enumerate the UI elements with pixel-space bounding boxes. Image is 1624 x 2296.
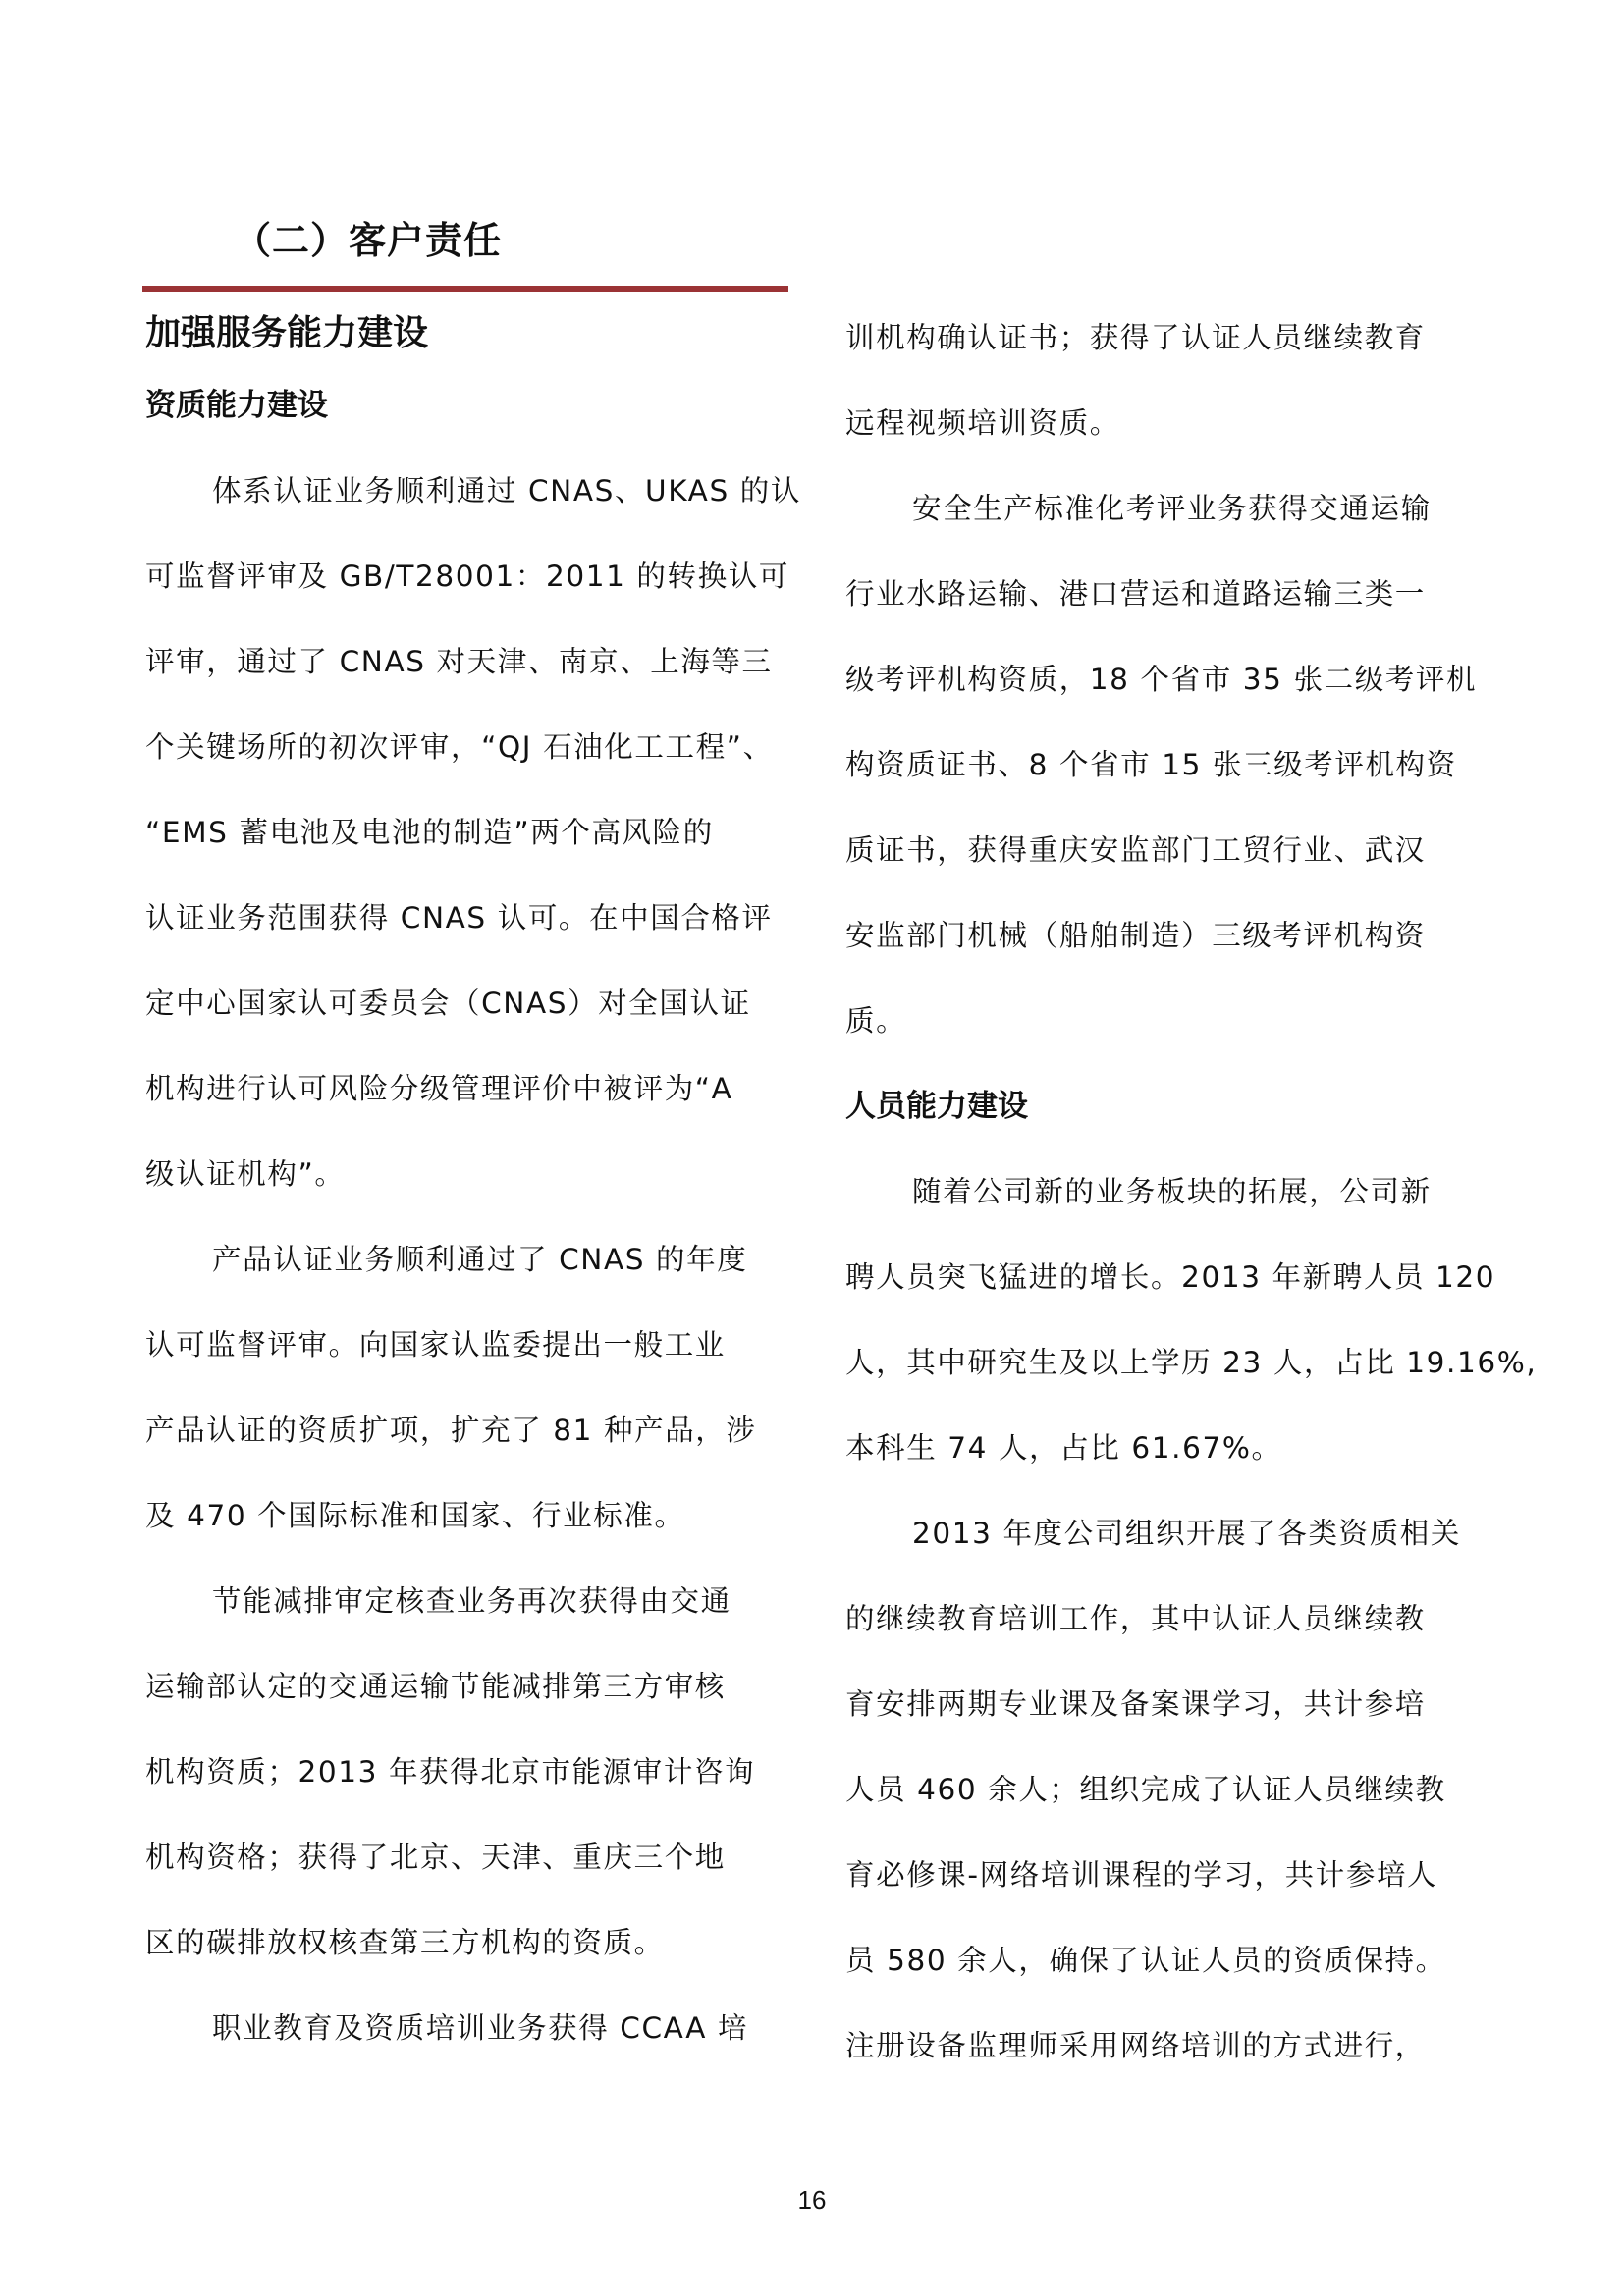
paragraph-line: 职业教育及资质培训业务获得 CCAA 培 xyxy=(145,1986,793,2071)
paragraph-line: 随着公司新的业务板块的拓展，公司新 xyxy=(845,1149,1493,1235)
paragraph-line: 体系认证业务顺利通过 CNAS、UKAS 的认 xyxy=(145,449,793,534)
paragraph-line: 区的碳排放权核查第三方机构的资质。 xyxy=(145,1900,793,1986)
subheading-personnel-capacity: 人员能力建设 xyxy=(845,1064,1493,1149)
paragraph-line: 认证业务范围获得 CNAS 认可。在中国合格评 xyxy=(145,876,793,961)
paragraph-line: 级认证机构”。 xyxy=(145,1132,793,1217)
paragraph-line: 级考评机构资质，18 个省市 35 张二级考评机 xyxy=(845,637,1493,722)
document-page: （二）客户责任 加强服务能力建设 资质能力建设 体系认证业务顺利通过 CNAS、… xyxy=(0,0,1624,2296)
paragraph-line: 构资质证书、8 个省市 15 张三级考评机构资 xyxy=(845,722,1493,808)
subheading-qualification-capacity: 资质能力建设 xyxy=(145,363,793,449)
paragraph-line: 及 470 个国际标准和国家、行业标准。 xyxy=(145,1473,793,1559)
paragraph-line: 机构进行认可风险分级管理评价中被评为“A xyxy=(145,1046,793,1132)
paragraph-line: 员 580 余人，确保了认证人员的资质保持。 xyxy=(845,1918,1493,2003)
paragraph-line: 机构资格；获得了北京、天津、重庆三个地 xyxy=(145,1815,793,1900)
paragraph-line: 2013 年度公司组织开展了各类资质相关 xyxy=(845,1491,1493,1576)
paragraph-line: 个关键场所的初次评审，“QJ 石油化工工程”、 xyxy=(145,705,793,790)
paragraph-line: 机构资质；2013 年获得北京市能源审计咨询 xyxy=(145,1730,793,1815)
paragraph-line: 质证书，获得重庆安监部门工贸行业、武汉 xyxy=(845,808,1493,893)
paragraph-line: 运输部认定的交通运输节能减排第三方审核 xyxy=(145,1644,793,1730)
paragraph-line: 的继续教育培训工作，其中认证人员继续教 xyxy=(845,1576,1493,1662)
paragraph-line: 产品认证业务顺利通过了 CNAS 的年度 xyxy=(145,1217,793,1303)
left-column: 加强服务能力建设 资质能力建设 体系认证业务顺利通过 CNAS、UKAS 的认 … xyxy=(145,304,793,2071)
paragraph-line: 行业水路运输、港口营运和道路运输三类一 xyxy=(845,552,1493,637)
paragraph-line: 评审，通过了 CNAS 对天津、南京、上海等三 xyxy=(145,619,793,705)
paragraph-line: 人，其中研究生及以上学历 23 人，占比 19.16%, xyxy=(845,1320,1493,1406)
paragraph-line: 育安排两期专业课及备案课学习，共计参培 xyxy=(845,1662,1493,1747)
paragraph-line: 人员 460 余人；组织完成了认证人员继续教 xyxy=(845,1747,1493,1833)
paragraph-line: 远程视频培训资质。 xyxy=(845,381,1493,466)
section-title: （二）客户责任 xyxy=(234,216,502,265)
paragraph-line: 可监督评审及 GB/T28001：2011 的转换认可 xyxy=(145,534,793,619)
right-column: 训机构确认证书；获得了认证人员继续教育 远程视频培训资质。 安全生产标准化考评业… xyxy=(845,295,1493,2089)
paragraph-line: 注册设备监理师采用网络培训的方式进行， xyxy=(845,2003,1493,2089)
paragraph-line: 育必修课-网络培训课程的学习，共计参培人 xyxy=(845,1833,1493,1918)
paragraph-line: 安全生产标准化考评业务获得交通运输 xyxy=(845,466,1493,552)
paragraph-line: 定中心国家认可委员会（CNAS）对全国认证 xyxy=(145,961,793,1046)
paragraph-line: 本科生 74 人，占比 61.67%。 xyxy=(845,1406,1493,1491)
page-number: 16 xyxy=(0,2185,1624,2215)
paragraph-line: 节能减排审定核查业务再次获得由交通 xyxy=(145,1559,793,1644)
paragraph-line: “EMS 蓄电池及电池的制造”两个高风险的 xyxy=(145,790,793,876)
paragraph-line: 训机构确认证书；获得了认证人员继续教育 xyxy=(845,295,1493,381)
paragraph-line: 安监部门机械（船舶制造）三级考评机构资 xyxy=(845,893,1493,979)
section-divider-rule xyxy=(142,286,788,292)
heading-service-capacity: 加强服务能力建设 xyxy=(145,304,793,363)
paragraph-line: 认可监督评审。向国家认监委提出一般工业 xyxy=(145,1303,793,1388)
paragraph-line: 质。 xyxy=(845,979,1493,1064)
paragraph-line: 产品认证的资质扩项，扩充了 81 种产品，涉 xyxy=(145,1388,793,1473)
paragraph-line: 聘人员突飞猛进的增长。2013 年新聘人员 120 xyxy=(845,1235,1493,1320)
